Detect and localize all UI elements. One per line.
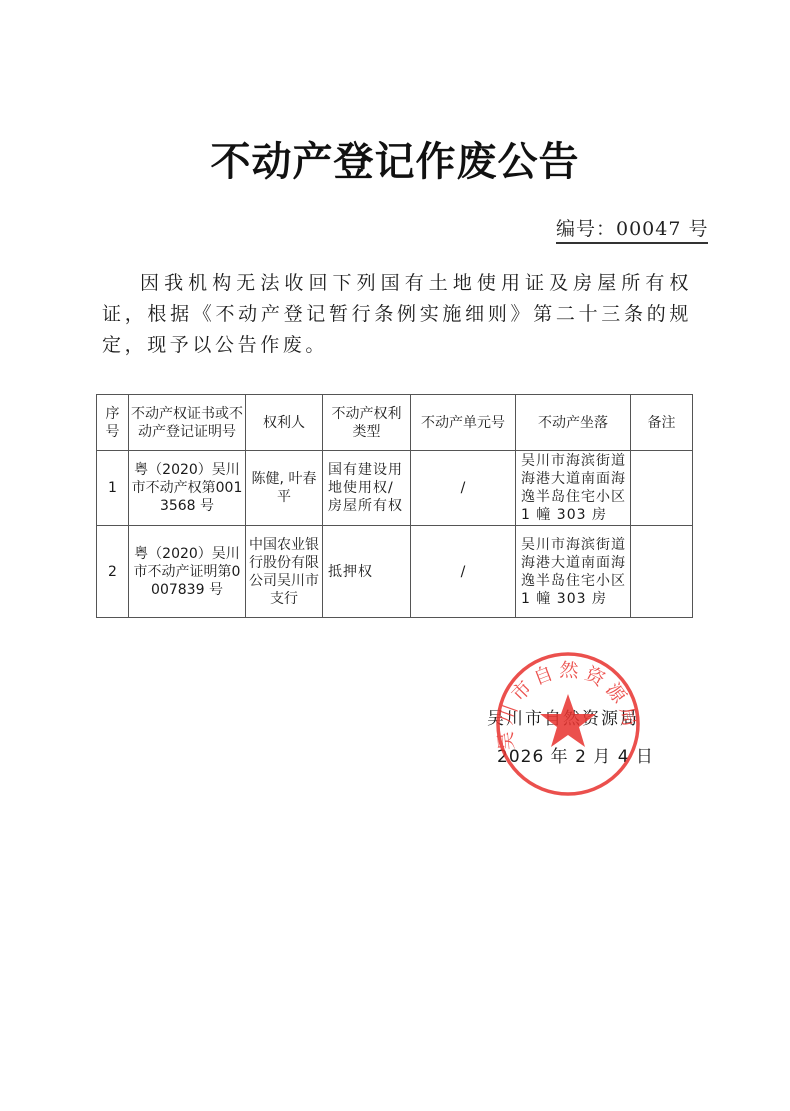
header-cert-no: 不动产权证书或不动产登记证明号 bbox=[129, 395, 246, 451]
table-header-row: 序号 不动产权证书或不动产登记证明号 权利人 不动产权利类型 不动产单元号 不动… bbox=[97, 395, 693, 451]
cell-remark bbox=[631, 451, 693, 526]
cell-cert-no: 粤（2020）吴川市不动产权第0013568 号 bbox=[129, 451, 246, 526]
notice-body: 因我机构无法收回下列国有土地使用证及房屋所有权证，根据《不动产登记暂行条例实施细… bbox=[102, 268, 692, 361]
table-row: 2 粤（2020）吴川市不动产证明第0007839 号 中国农业银行股份有限公司… bbox=[97, 526, 693, 618]
cell-unit-no: / bbox=[411, 526, 516, 618]
header-holder: 权利人 bbox=[246, 395, 323, 451]
cell-holder: 陈健, 叶春平 bbox=[246, 451, 323, 526]
issue-date: 2026 年 2 月 4 日 bbox=[497, 742, 654, 767]
cell-right-type: 国有建设用地使用权/房屋所有权 bbox=[323, 451, 411, 526]
cell-holder: 中国农业银行股份有限公司吴川市支行 bbox=[246, 526, 323, 618]
cell-unit-no: / bbox=[411, 451, 516, 526]
cell-location: 吴川市海滨街道海港大道南面海逸半岛住宅小区1 幢 303 房 bbox=[516, 526, 631, 618]
issuing-agency: 吴川市自然资源局 bbox=[487, 704, 639, 729]
header-unit-no: 不动产单元号 bbox=[411, 395, 516, 451]
table-row: 1 粤（2020）吴川市不动产权第0013568 号 陈健, 叶春平 国有建设用… bbox=[97, 451, 693, 526]
header-seq: 序号 bbox=[97, 395, 129, 451]
cell-seq: 2 bbox=[97, 526, 129, 618]
document-number: 编号：00047 号 bbox=[556, 214, 708, 244]
voided-records-table: 序号 不动产权证书或不动产登记证明号 权利人 不动产权利类型 不动产单元号 不动… bbox=[96, 394, 693, 618]
cell-location: 吴川市海滨街道海港大道南面海逸半岛住宅小区1 幢 303 房 bbox=[516, 451, 631, 526]
notice-paragraph: 因我机构无法收回下列国有土地使用证及房屋所有权证，根据《不动产登记暂行条例实施细… bbox=[102, 268, 692, 361]
header-location: 不动产坐落 bbox=[516, 395, 631, 451]
page-title: 不动产登记作废公告 bbox=[0, 130, 790, 187]
cell-seq: 1 bbox=[97, 451, 129, 526]
cell-right-type: 抵押权 bbox=[323, 526, 411, 618]
cell-cert-no: 粤（2020）吴川市不动产证明第0007839 号 bbox=[129, 526, 246, 618]
header-right-type: 不动产权利类型 bbox=[323, 395, 411, 451]
header-remark: 备注 bbox=[631, 395, 693, 451]
cell-remark bbox=[631, 526, 693, 618]
